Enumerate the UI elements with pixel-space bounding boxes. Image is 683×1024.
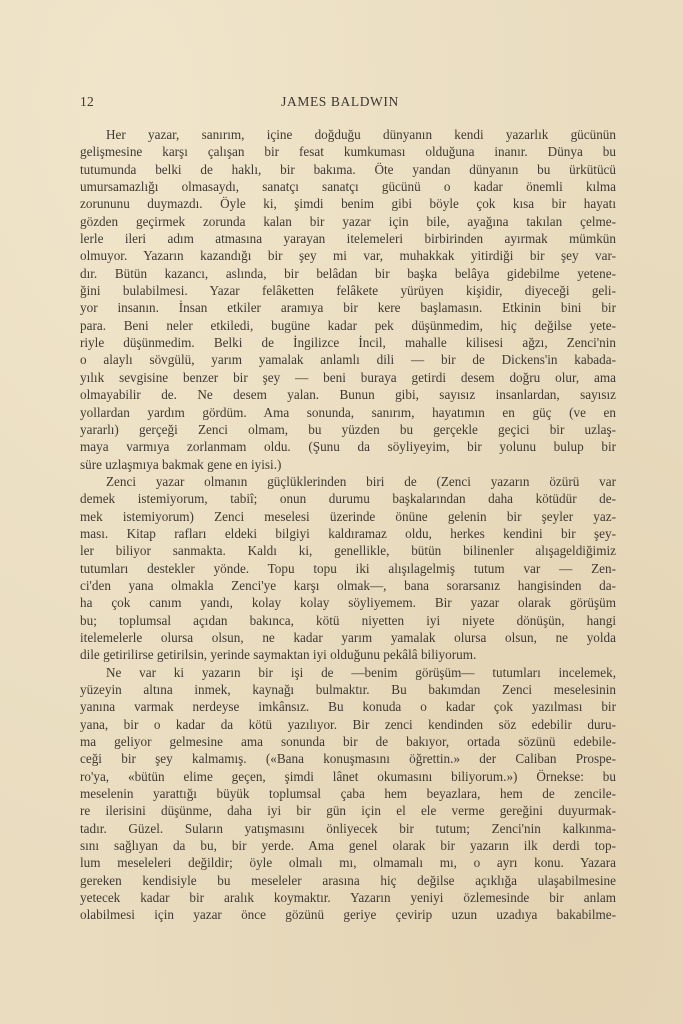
text-line: tadır. Güzel. Suların yatışmasını önliye… xyxy=(80,820,616,837)
text-line-content: gelişmesine karşı çalışan bir fesat kumk… xyxy=(80,143,616,160)
text-line-content: umursamazlığı olmasaydı, sanatçı sanatçı… xyxy=(80,178,616,195)
text-line-content: ğini bulabilmesi. Yazar felâketten felâk… xyxy=(80,282,616,299)
text-line: olmayabilir de. Ne desem yalan. Bunun gi… xyxy=(80,386,616,403)
text-line: mek istemiyorum) Zenci meselesi üzerinde… xyxy=(80,508,616,525)
text-line: Zenci yazar olmanın güçlüklerinden biri … xyxy=(80,473,616,490)
text-line-content: olabilmesi için yazar önce gözünü geriye… xyxy=(80,906,616,923)
text-line: dile getirilirse getirilsin, yerinde say… xyxy=(80,646,616,663)
text-line-content: meselenin yarattığı büyük toplumsal çaba… xyxy=(80,785,616,802)
text-line-content: olmuyor. Yazarın kazandığı bir şey mi va… xyxy=(80,247,616,264)
text-line: lerle ileri adım atmasına yarayan itelem… xyxy=(80,230,616,247)
text-line-content: tutumları destekler yönde. Topu topu iki… xyxy=(80,560,616,577)
text-line-content: riyle düşünmedim. Belki de İngilizce İnc… xyxy=(80,334,616,351)
text-line: para. Beni neler etkiledi, bugüne kadar … xyxy=(80,317,616,334)
text-line-content: demek istemiyorum, tabiî; onun durumu ba… xyxy=(80,490,616,507)
text-line: ğini bulabilmesi. Yazar felâketten felâk… xyxy=(80,282,616,299)
text-line-content: maya varmıya zorlanmam oldu. (Şunu da sö… xyxy=(80,438,616,455)
text-line: bu; toplumsal açıdan bakınca, kötü niyet… xyxy=(80,612,616,629)
text-line-content: re ilerisini düşünme, daha iyi bir gün i… xyxy=(80,802,616,819)
text-line-content: yetecek kadar bir aralık koymaktır. Yaza… xyxy=(80,889,616,906)
body-text: Her yazar, sanırım, içine doğduğu dünyan… xyxy=(80,126,616,924)
text-line-content: mek istemiyorum) Zenci meselesi üzerinde… xyxy=(80,508,616,525)
text-line-content: dile getirilirse getirilsin, yerinde say… xyxy=(80,646,616,663)
text-line: ci'den yana olmakla Zenci'ye karşı olmak… xyxy=(80,577,616,594)
text-line: yararlı) gerçeği Zenci olmam, bu yüzden … xyxy=(80,421,616,438)
text-line: Her yazar, sanırım, içine doğduğu dünyan… xyxy=(80,126,616,143)
text-line: yılık sevgisine benzer bir şey — beni bu… xyxy=(80,369,616,386)
text-line: süre uzlaşmıya bakmak gene en iyisi.) xyxy=(80,456,616,473)
text-line-content: tadır. Güzel. Suların yatışmasını önliye… xyxy=(80,820,616,837)
text-line: sını sağlıyan da bu, bir yerde. Ama gene… xyxy=(80,837,616,854)
text-line-content: gözden geçirmek zorunda kalan bir yazar … xyxy=(80,213,616,230)
text-line: yollardan yardım gördüm. Ama sonunda, sa… xyxy=(80,404,616,421)
text-line: ha çok canım yandı, kolay kolay söyliyem… xyxy=(80,594,616,611)
text-line: ler biliyor sanmakta. Kaldı ki, genellik… xyxy=(80,542,616,559)
text-line: gereken kendisiyle bu meseleler arasına … xyxy=(80,872,616,889)
running-title: JAMES BALDWIN xyxy=(80,94,600,110)
text-line: yana, bir o kadar da kötü yazılıyor. Bir… xyxy=(80,716,616,733)
text-line-content: ceği bir şey kalmamış. («Bana konuşmasın… xyxy=(80,750,616,767)
text-line: yetecek kadar bir aralık koymaktır. Yaza… xyxy=(80,889,616,906)
text-line-content: o alaylı sövgülü, yarım yamalak anlamlı … xyxy=(80,351,616,368)
text-line: o alaylı sövgülü, yarım yamalak anlamlı … xyxy=(80,351,616,368)
text-line: ceği bir şey kalmamış. («Bana konuşmasın… xyxy=(80,750,616,767)
book-page: 12 JAMES BALDWIN Her yazar, sanırım, içi… xyxy=(0,0,683,1024)
text-line-content: ma geliyor gelmesine ama sonunda bir de … xyxy=(80,733,616,750)
text-line: ması. Kitap rafları eldeki bilgiyi kaldı… xyxy=(80,525,616,542)
text-line-content: Zenci yazar olmanın güçlüklerinden biri … xyxy=(80,473,616,490)
text-line: olabilmesi için yazar önce gözünü geriye… xyxy=(80,906,616,923)
text-line-content: ması. Kitap rafları eldeki bilgiyi kaldı… xyxy=(80,525,616,542)
text-line-content: tutumunda belki de haklı, bir bakıma. Öt… xyxy=(80,161,616,178)
text-line: yor insanın. İnsan etkiler aramıya bir k… xyxy=(80,299,616,316)
text-line-content: yor insanın. İnsan etkiler aramıya bir k… xyxy=(80,299,616,316)
text-line-content: yararlı) gerçeği Zenci olmam, bu yüzden … xyxy=(80,421,616,438)
text-line-content: Her yazar, sanırım, içine doğduğu dünyan… xyxy=(80,126,616,143)
text-line: Ne var ki yazarın bir işi de —benim görü… xyxy=(80,664,616,681)
text-line-content: itelemelerle olursa olsun, ne kadar yarı… xyxy=(80,629,616,646)
text-line: itelemelerle olursa olsun, ne kadar yarı… xyxy=(80,629,616,646)
text-line-content: yüzeyin altına inmek, kaynağı bulmaktır.… xyxy=(80,681,616,698)
text-line: gözden geçirmek zorunda kalan bir yazar … xyxy=(80,213,616,230)
text-line: ro'ya, «bütün elime geçen, şimdi lânet o… xyxy=(80,768,616,785)
text-line: lum meseleleri değildir; öyle olmalı mı,… xyxy=(80,854,616,871)
text-line-content: ler biliyor sanmakta. Kaldı ki, genellik… xyxy=(80,542,616,559)
text-line-content: lerle ileri adım atmasına yarayan itelem… xyxy=(80,230,616,247)
text-line-content: gereken kendisiyle bu meseleler arasına … xyxy=(80,872,616,889)
text-line-content: zorununu duymazdı. Öyle ki, şimdi benim … xyxy=(80,195,616,212)
running-head: 12 JAMES BALDWIN xyxy=(80,94,600,112)
text-line: meselenin yarattığı büyük toplumsal çaba… xyxy=(80,785,616,802)
text-line-content: ci'den yana olmakla Zenci'ye karşı olmak… xyxy=(80,577,616,594)
text-line-content: süre uzlaşmıya bakmak gene en iyisi.) xyxy=(80,456,616,473)
text-line-content: yılık sevgisine benzer bir şey — beni bu… xyxy=(80,369,616,386)
text-line: gelişmesine karşı çalışan bir fesat kumk… xyxy=(80,143,616,160)
text-line: maya varmıya zorlanmam oldu. (Şunu da sö… xyxy=(80,438,616,455)
text-line: umursamazlığı olmasaydı, sanatçı sanatçı… xyxy=(80,178,616,195)
text-line: ma geliyor gelmesine ama sonunda bir de … xyxy=(80,733,616,750)
text-line: olmuyor. Yazarın kazandığı bir şey mi va… xyxy=(80,247,616,264)
text-line-content: olmayabilir de. Ne desem yalan. Bunun gi… xyxy=(80,386,616,403)
text-line: tutumunda belki de haklı, bir bakıma. Öt… xyxy=(80,161,616,178)
text-line: re ilerisini düşünme, daha iyi bir gün i… xyxy=(80,802,616,819)
text-line-content: Ne var ki yazarın bir işi de —benim görü… xyxy=(80,664,616,681)
text-line-content: yanına varmak nerdeyse imkânsız. Bu konu… xyxy=(80,698,616,715)
text-line: yanına varmak nerdeyse imkânsız. Bu konu… xyxy=(80,698,616,715)
text-line: yüzeyin altına inmek, kaynağı bulmaktır.… xyxy=(80,681,616,698)
text-line-content: ha çok canım yandı, kolay kolay söyliyem… xyxy=(80,594,616,611)
text-line-content: bu; toplumsal açıdan bakınca, kötü niyet… xyxy=(80,612,616,629)
text-line-content: ro'ya, «bütün elime geçen, şimdi lânet o… xyxy=(80,768,616,785)
text-line: tutumları destekler yönde. Topu topu iki… xyxy=(80,560,616,577)
text-line: demek istemiyorum, tabiî; onun durumu ba… xyxy=(80,490,616,507)
text-line-content: yollardan yardım gördüm. Ama sonunda, sa… xyxy=(80,404,616,421)
text-line-content: yana, bir o kadar da kötü yazılıyor. Bir… xyxy=(80,716,616,733)
text-line-content: lum meseleleri değildir; öyle olmalı mı,… xyxy=(80,854,616,871)
text-line: riyle düşünmedim. Belki de İngilizce İnc… xyxy=(80,334,616,351)
text-line: dır. Bütün kazancı, aslında, bir belâdan… xyxy=(80,265,616,282)
text-line: zorununu duymazdı. Öyle ki, şimdi benim … xyxy=(80,195,616,212)
text-line-content: dır. Bütün kazancı, aslında, bir belâdan… xyxy=(80,265,616,282)
text-line-content: para. Beni neler etkiledi, bugüne kadar … xyxy=(80,317,616,334)
text-line-content: sını sağlıyan da bu, bir yerde. Ama gene… xyxy=(80,837,616,854)
